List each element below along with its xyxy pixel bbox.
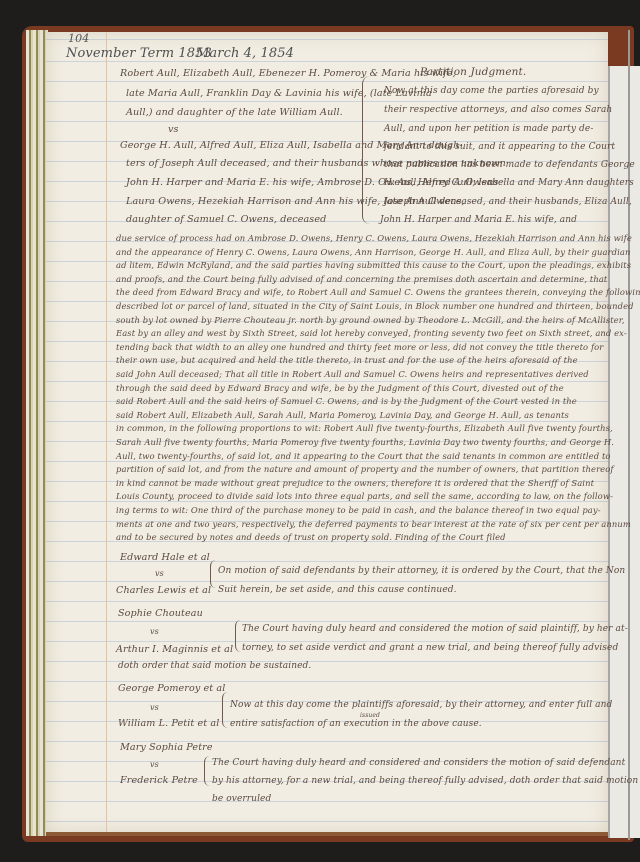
side-text-line: Aull, and upon her petition is made part… <box>384 124 593 134</box>
date-heading: March 4, 1854 <box>196 46 294 61</box>
body-line: ing terms to wit: One third of the purch… <box>116 505 601 515</box>
facing-page-line <box>628 30 630 840</box>
body-line: Sarah Aull five twenty fourths, Maria Po… <box>116 437 614 447</box>
page-stack-edges <box>26 30 48 836</box>
side-text-line: H. Aull, Alfred Aull, Isabella and Mary … <box>384 178 634 188</box>
versus-label: vs <box>155 569 164 578</box>
side-text-line: that publication has been made to defend… <box>384 160 635 170</box>
interlinear-insertion: issued <box>360 712 380 719</box>
plaintiffs-line: Robert Aull, Elizabeth Aull, Ebenezer H.… <box>120 68 456 79</box>
body-line: partition of said lot, and from the natu… <box>116 464 614 474</box>
body-line: and the appearance of Henry C. Owens, La… <box>116 247 631 257</box>
body-line: south by lot owned by Pierre Chouteau jr… <box>116 315 625 325</box>
body-line: the deed from Edward Bracy and wife, to … <box>116 287 640 297</box>
plaintiffs-line: Aull,) and daughter of the late William … <box>126 107 343 118</box>
body-line: said Robert Aull, Elizabeth Aull, Sarah … <box>116 410 569 420</box>
defendant-name: Arthur I. Maginnis et al <box>116 644 233 655</box>
case-bracket <box>204 756 210 786</box>
case-bracket <box>222 692 228 728</box>
defendant-name: William L. Petit et al <box>118 718 219 729</box>
side-text-line: their respective attorneys, and also com… <box>384 105 612 115</box>
page-bottom-edge <box>46 832 608 836</box>
versus-label: vs <box>150 627 159 636</box>
body-line: and proofs, and the Court being fully ad… <box>116 274 607 284</box>
page-number: 104 <box>68 32 89 45</box>
case-bracket <box>210 560 216 588</box>
body-line: through the said deed by Edward Bracy an… <box>116 383 564 393</box>
versus-label: vs <box>150 703 159 712</box>
plaintiff-name: Mary Sophia Petre <box>120 742 213 753</box>
body-line: Aull, two twenty-fourths, of said lot, a… <box>116 451 611 461</box>
body-line: in common, in the following proportions … <box>116 423 613 433</box>
order-text-line: torney, to set aside verdict and grant a… <box>242 643 618 653</box>
order-text-line: be overruled <box>212 794 271 804</box>
side-text-line: fendant to this suit, and it appearing t… <box>384 142 615 152</box>
order-text-line: On motion of said defendants by their at… <box>218 566 625 576</box>
body-line: described lot or parcel of land, situate… <box>116 301 634 311</box>
body-line: East by an alley and west by Sixth Stree… <box>116 328 627 338</box>
body-line: Louis County, proceed to divide said lot… <box>116 491 613 501</box>
order-text-line: The Court having duly heard and consider… <box>242 624 628 634</box>
order-text-line: The Court having duly heard and consider… <box>212 758 625 768</box>
versus-label: vs <box>150 760 159 769</box>
plaintiff-name: Edward Hale et al <box>120 552 210 563</box>
case-bracket <box>235 620 241 652</box>
defendants-line: daughter of Samuel C. Owens, deceased <box>126 214 326 225</box>
defendant-name: Frederick Petre <box>120 775 198 786</box>
body-line: their own use, but acquired and held the… <box>116 355 578 365</box>
body-line: due service of process had on Ambrose D.… <box>116 233 632 243</box>
versus-label: vs <box>168 124 179 135</box>
side-text-line: Joseph Aull deceased, and their husbands… <box>384 197 632 207</box>
order-text-line: Now at this day come the plaintiffs afor… <box>230 700 612 710</box>
side-text-line: John H. Harper and Maria E. his wife, an… <box>380 215 577 225</box>
body-line: tending back that width to an alley one … <box>116 342 603 352</box>
order-text-line: by his attorney, for a new trial, and be… <box>212 776 638 786</box>
defendant-name: Charles Lewis et al <box>116 585 211 596</box>
side-text-line: Now at this day come the parties aforesa… <box>384 86 599 96</box>
body-line: ments at one and two years, respectively… <box>116 519 631 529</box>
body-line: ad litem, Edwin McRyland, and the said p… <box>116 260 631 270</box>
margin-rule <box>106 32 107 834</box>
plaintiff-name: George Pomeroy et al <box>118 683 225 694</box>
body-line: said John Aull deceased; That all title … <box>116 369 589 379</box>
body-line: in kind cannot be made without great pre… <box>116 478 594 488</box>
body-line: and to be secured by notes and deeds of … <box>116 532 506 542</box>
plaintiff-name: Sophie Chouteau <box>118 608 203 619</box>
order-text-line: Suit herein, be set aside, and this caus… <box>218 585 457 595</box>
order-text-line: entire satisfaction of an execution in t… <box>230 719 482 729</box>
caption-bracket <box>362 76 371 224</box>
term-heading: November Term 1853 <box>66 46 212 61</box>
entry-title: Partition Judgment. <box>420 66 526 78</box>
body-line: said Robert Aull and the said heirs of S… <box>116 396 577 406</box>
order-text-line: doth order that said motion be sustained… <box>118 661 311 671</box>
